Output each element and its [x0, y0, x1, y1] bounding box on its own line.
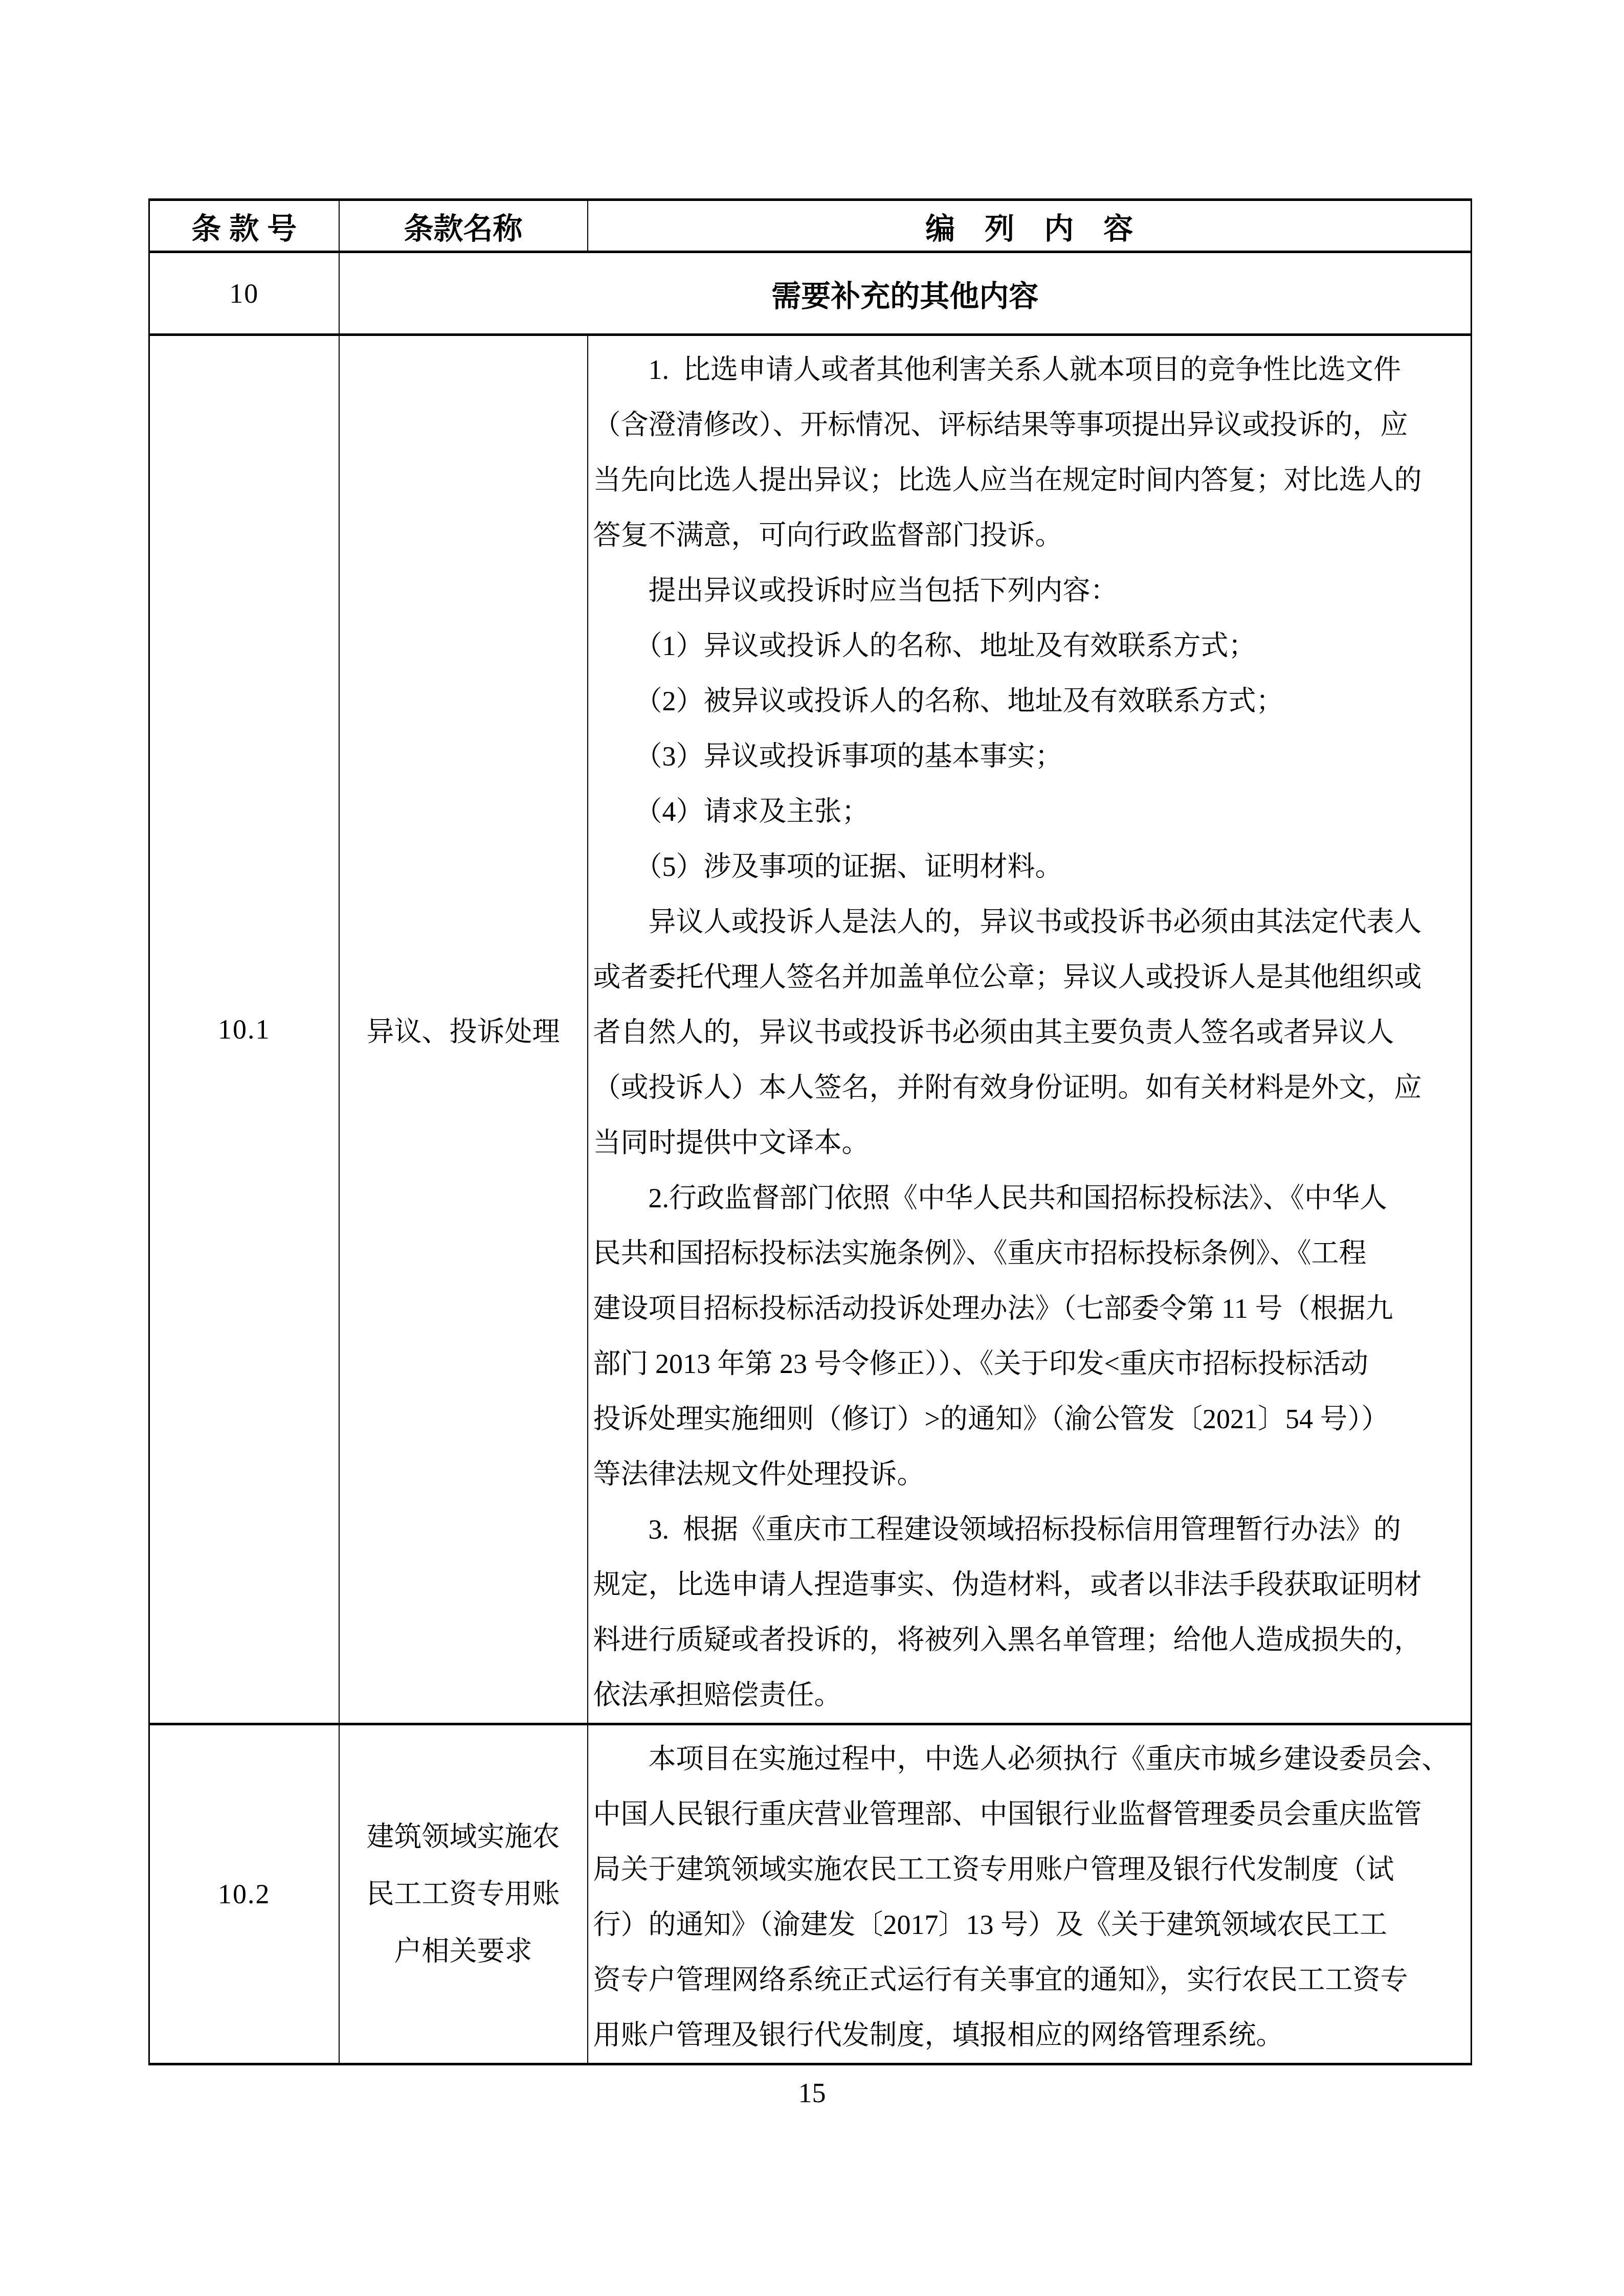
page-number: 15 [0, 2077, 1624, 2109]
table-row-10-1: 10.1 异议、投诉处理 1. 比选申请人或者其他利害关系人就本项目的竞争性比选… [149, 335, 1472, 1724]
text-line: 当先向比选人提出异议；比选人应当在规定时间内答复；对比选人的 [593, 453, 1457, 508]
clause-no-10: 10 [149, 252, 339, 335]
text-line: 3. 根据《重庆市工程建设领域招标投标信用管理暂行办法》的 [593, 1502, 1457, 1557]
text-line: （5）涉及事项的证据、证明材料。 [593, 839, 1457, 894]
text-line: 1. 比选申请人或者其他利害关系人就本项目的竞争性比选文件 [593, 342, 1457, 397]
text-line: 民共和国招标投标法实施条例》、《重庆市招标投标条例》、《工程 [593, 1226, 1457, 1281]
text-line: 料进行质疑或者投诉的，将被列入黑名单管理；给他人造成损失的， [593, 1612, 1457, 1668]
clause-content-10-2: 本项目在实施过程中，中选人必须执行《重庆市城乡建设委员会、中国人民银行重庆营业管… [588, 1724, 1472, 2064]
text-line: 户相关要求 [340, 1923, 587, 1980]
table-row-10: 10 需要补充的其他内容 [149, 252, 1472, 335]
text-line: 者自然人的，异议书或投诉书必须由其主要负责人签名或者异议人 [593, 1005, 1457, 1060]
text-line: （3）异议或投诉事项的基本事实； [593, 729, 1457, 784]
text-line: 部门 2013 年第 23 号令修正））、《关于印发<重庆市招标投标活动 [593, 1336, 1457, 1391]
text-line: 建筑领域实施农 [340, 1808, 587, 1865]
text-line: 建设项目招标投标活动投诉处理办法》（七部委令第 11 号（根据九 [593, 1281, 1457, 1336]
text-line: 局关于建筑领域实施农民工工资专用账户管理及银行代发制度（试 [593, 1842, 1457, 1897]
text-line: （或投诉人）本人签名，并附有效身份证明。如有关材料是外文，应 [593, 1060, 1457, 1115]
clause-no-10-2: 10.2 [149, 1724, 339, 2064]
row-10-merged-title: 需要补充的其他内容 [339, 252, 1472, 335]
text-line: 依法承担赔偿责任。 [593, 1668, 1457, 1723]
text-line: 行）的通知》（渝建发〔2017〕13 号）及《关于建筑领域农民工工 [593, 1897, 1457, 1952]
clause-no-10-1: 10.1 [149, 335, 339, 1724]
text-line: 本项目在实施过程中，中选人必须执行《重庆市城乡建设委员会、 [593, 1731, 1457, 1787]
text-line: 当同时提供中文译本。 [593, 1115, 1457, 1170]
text-line: （1）异议或投诉人的名称、地址及有效联系方式； [593, 618, 1457, 673]
text-line: 等法律法规文件处理投诉。 [593, 1447, 1457, 1502]
clause-name-10-2: 建筑领域实施农民工工资专用账户相关要求 [339, 1724, 588, 2064]
text-line: 规定，比选申请人捏造事实、伪造材料，或者以非法手段获取证明材 [593, 1557, 1457, 1612]
text-line: 民工工资专用账 [340, 1865, 587, 1923]
text-line: 资专户管理网络系统正式运行有关事宜的通知》，实行农民工工资专 [593, 1952, 1457, 2008]
text-line: 提出异议或投诉时应当包括下列内容： [593, 563, 1457, 618]
text-line: （含澄清修改）、开标情况、评标结果等事项提出异议或投诉的，应 [593, 397, 1457, 453]
header-clause-no: 条 款 号 [149, 200, 339, 252]
text-line: （4）请求及主张； [593, 784, 1457, 839]
text-line: 或者委托代理人签名并加盖单位公章；异议人或投诉人是其他组织或 [593, 950, 1457, 1005]
text-line: 答复不满意，可向行政监督部门投诉。 [593, 508, 1457, 563]
text-line: 投诉处理实施细则（修订）>的通知》（渝公管发〔2021〕54 号）） [593, 1391, 1457, 1447]
table-row-10-2: 10.2 建筑领域实施农民工工资专用账户相关要求 本项目在实施过程中，中选人必须… [149, 1724, 1472, 2064]
text-line: 2.行政监督部门依照《中华人民共和国招标投标法》、《中华人 [593, 1170, 1457, 1226]
text-line: 异议人或投诉人是法人的，异议书或投诉书必须由其法定代表人 [593, 894, 1457, 950]
clause-name-10-1: 异议、投诉处理 [339, 335, 588, 1724]
header-content: 编 列 内 容 [588, 200, 1472, 252]
table-header-row: 条 款 号 条款名称 编 列 内 容 [149, 200, 1472, 252]
header-clause-name: 条款名称 [339, 200, 588, 252]
clause-content-10-1: 1. 比选申请人或者其他利害关系人就本项目的竞争性比选文件（含澄清修改）、开标情… [588, 335, 1472, 1724]
text-line: 中国人民银行重庆营业管理部、中国银行业监督管理委员会重庆监管 [593, 1787, 1457, 1842]
document-page: { "page": { "number": "15", "background"… [0, 0, 1624, 2296]
text-line: 用账户管理及银行代发制度，填报相应的网络管理系统。 [593, 2008, 1457, 2063]
text-line: （2）被异议或投诉人的名称、地址及有效联系方式； [593, 673, 1457, 729]
clauses-table: 条 款 号 条款名称 编 列 内 容 10 需要补充的其他内容 10.1 异议、… [148, 198, 1472, 2065]
